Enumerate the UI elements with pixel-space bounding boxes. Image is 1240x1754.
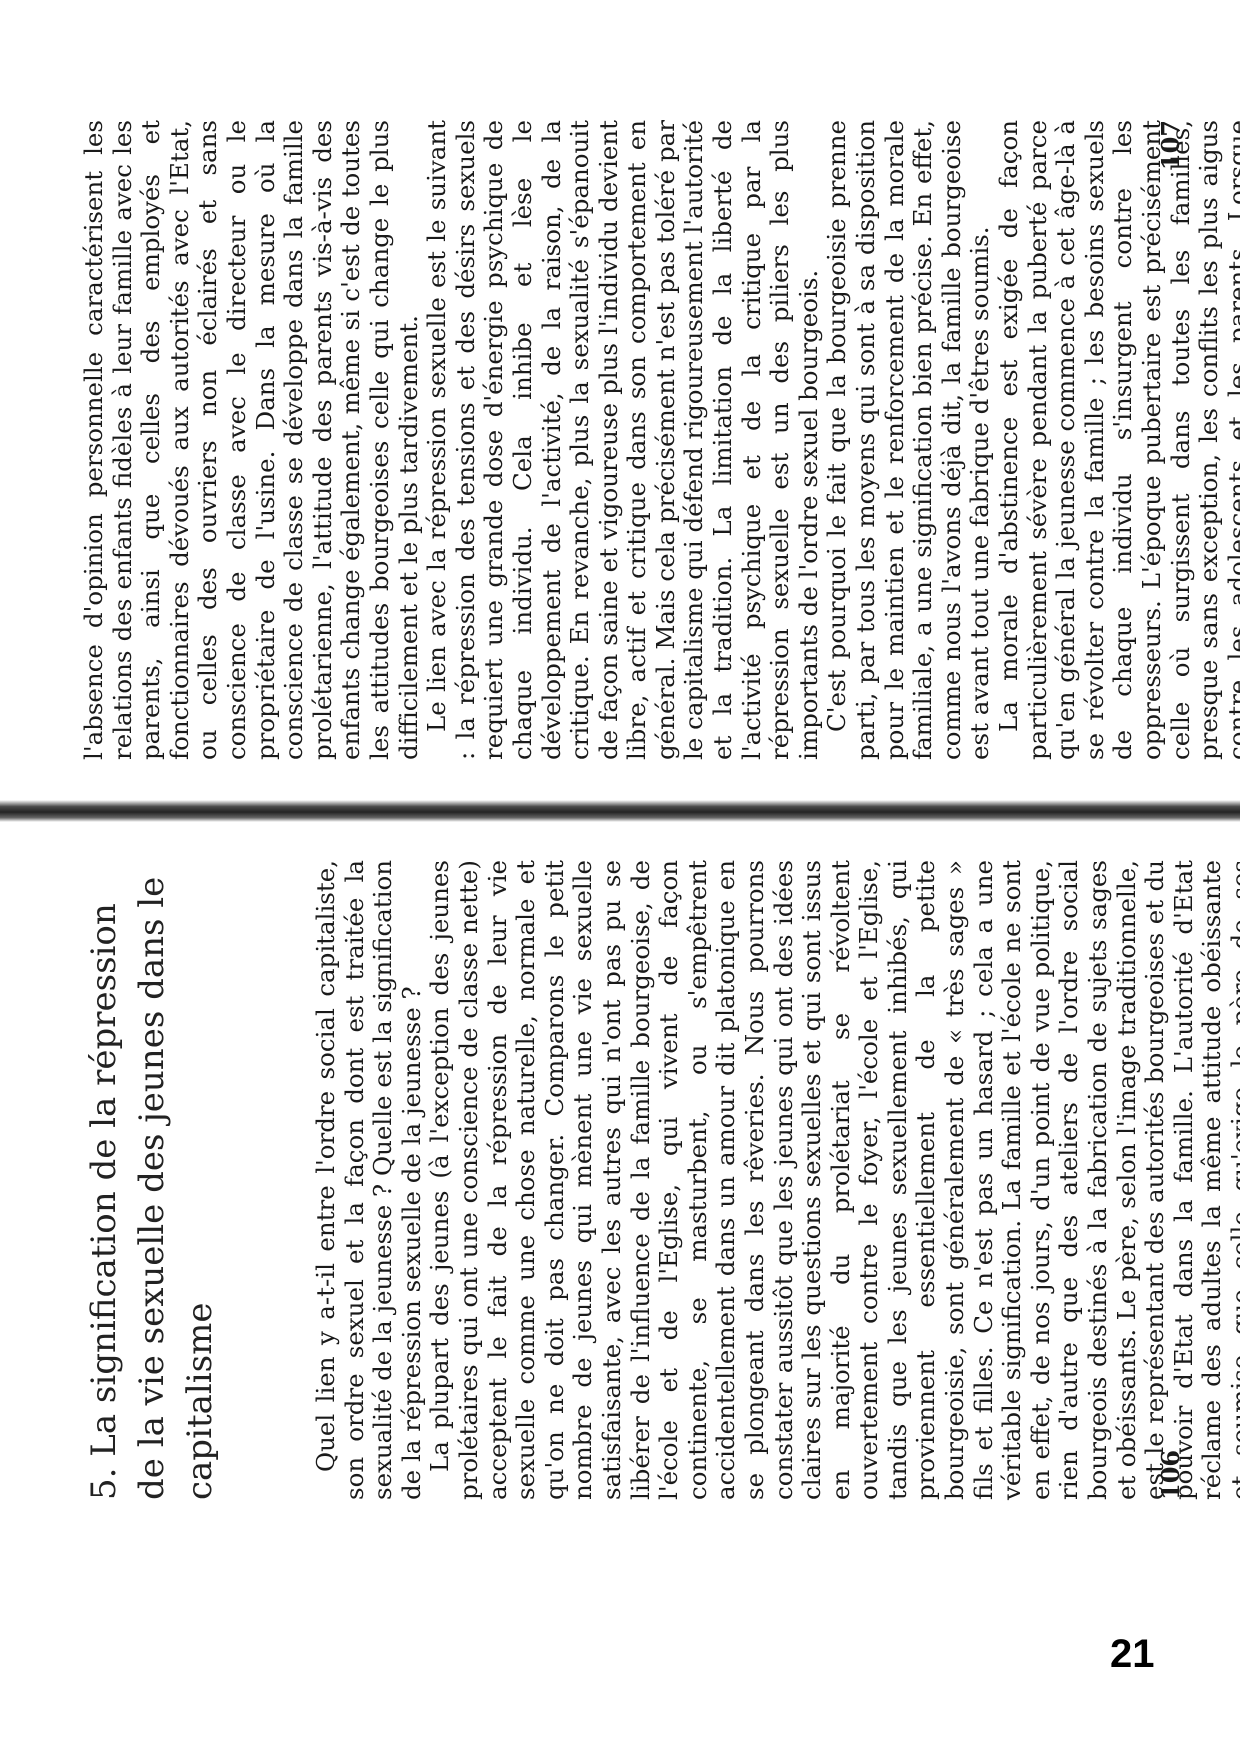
page-106-body: Quel lien y a-t-il entre l'ordre social … <box>312 860 1240 1500</box>
book-gutter-shadow <box>0 800 1240 822</box>
paragraph: l'absence d'opinion personnelle caractér… <box>80 120 423 760</box>
paragraph: C'est pourquoi le fait que la bourgeoisi… <box>823 120 995 760</box>
page-107: l'absence d'opinion personnelle caractér… <box>80 120 1140 760</box>
page-number: 107 <box>1157 120 1186 170</box>
paragraph: Quel lien y a-t-il entre l'ordre social … <box>312 860 426 1500</box>
page-number: 106 <box>1157 1450 1186 1500</box>
page-106: 5. La signification de la répression de … <box>80 860 1140 1500</box>
paragraph: La morale d'abstinence est exigée de faç… <box>995 120 1240 760</box>
chapter-title: 5. La signification de la répression de … <box>80 860 224 1500</box>
sheet-number: 21 <box>1110 1632 1155 1677</box>
paragraph: La plupart des jeunes (à l'exception des… <box>426 860 1240 1500</box>
page-107-body: l'absence d'opinion personnelle caractér… <box>80 120 1240 760</box>
paragraph: Le lien avec la répression sexuelle est … <box>423 120 823 760</box>
